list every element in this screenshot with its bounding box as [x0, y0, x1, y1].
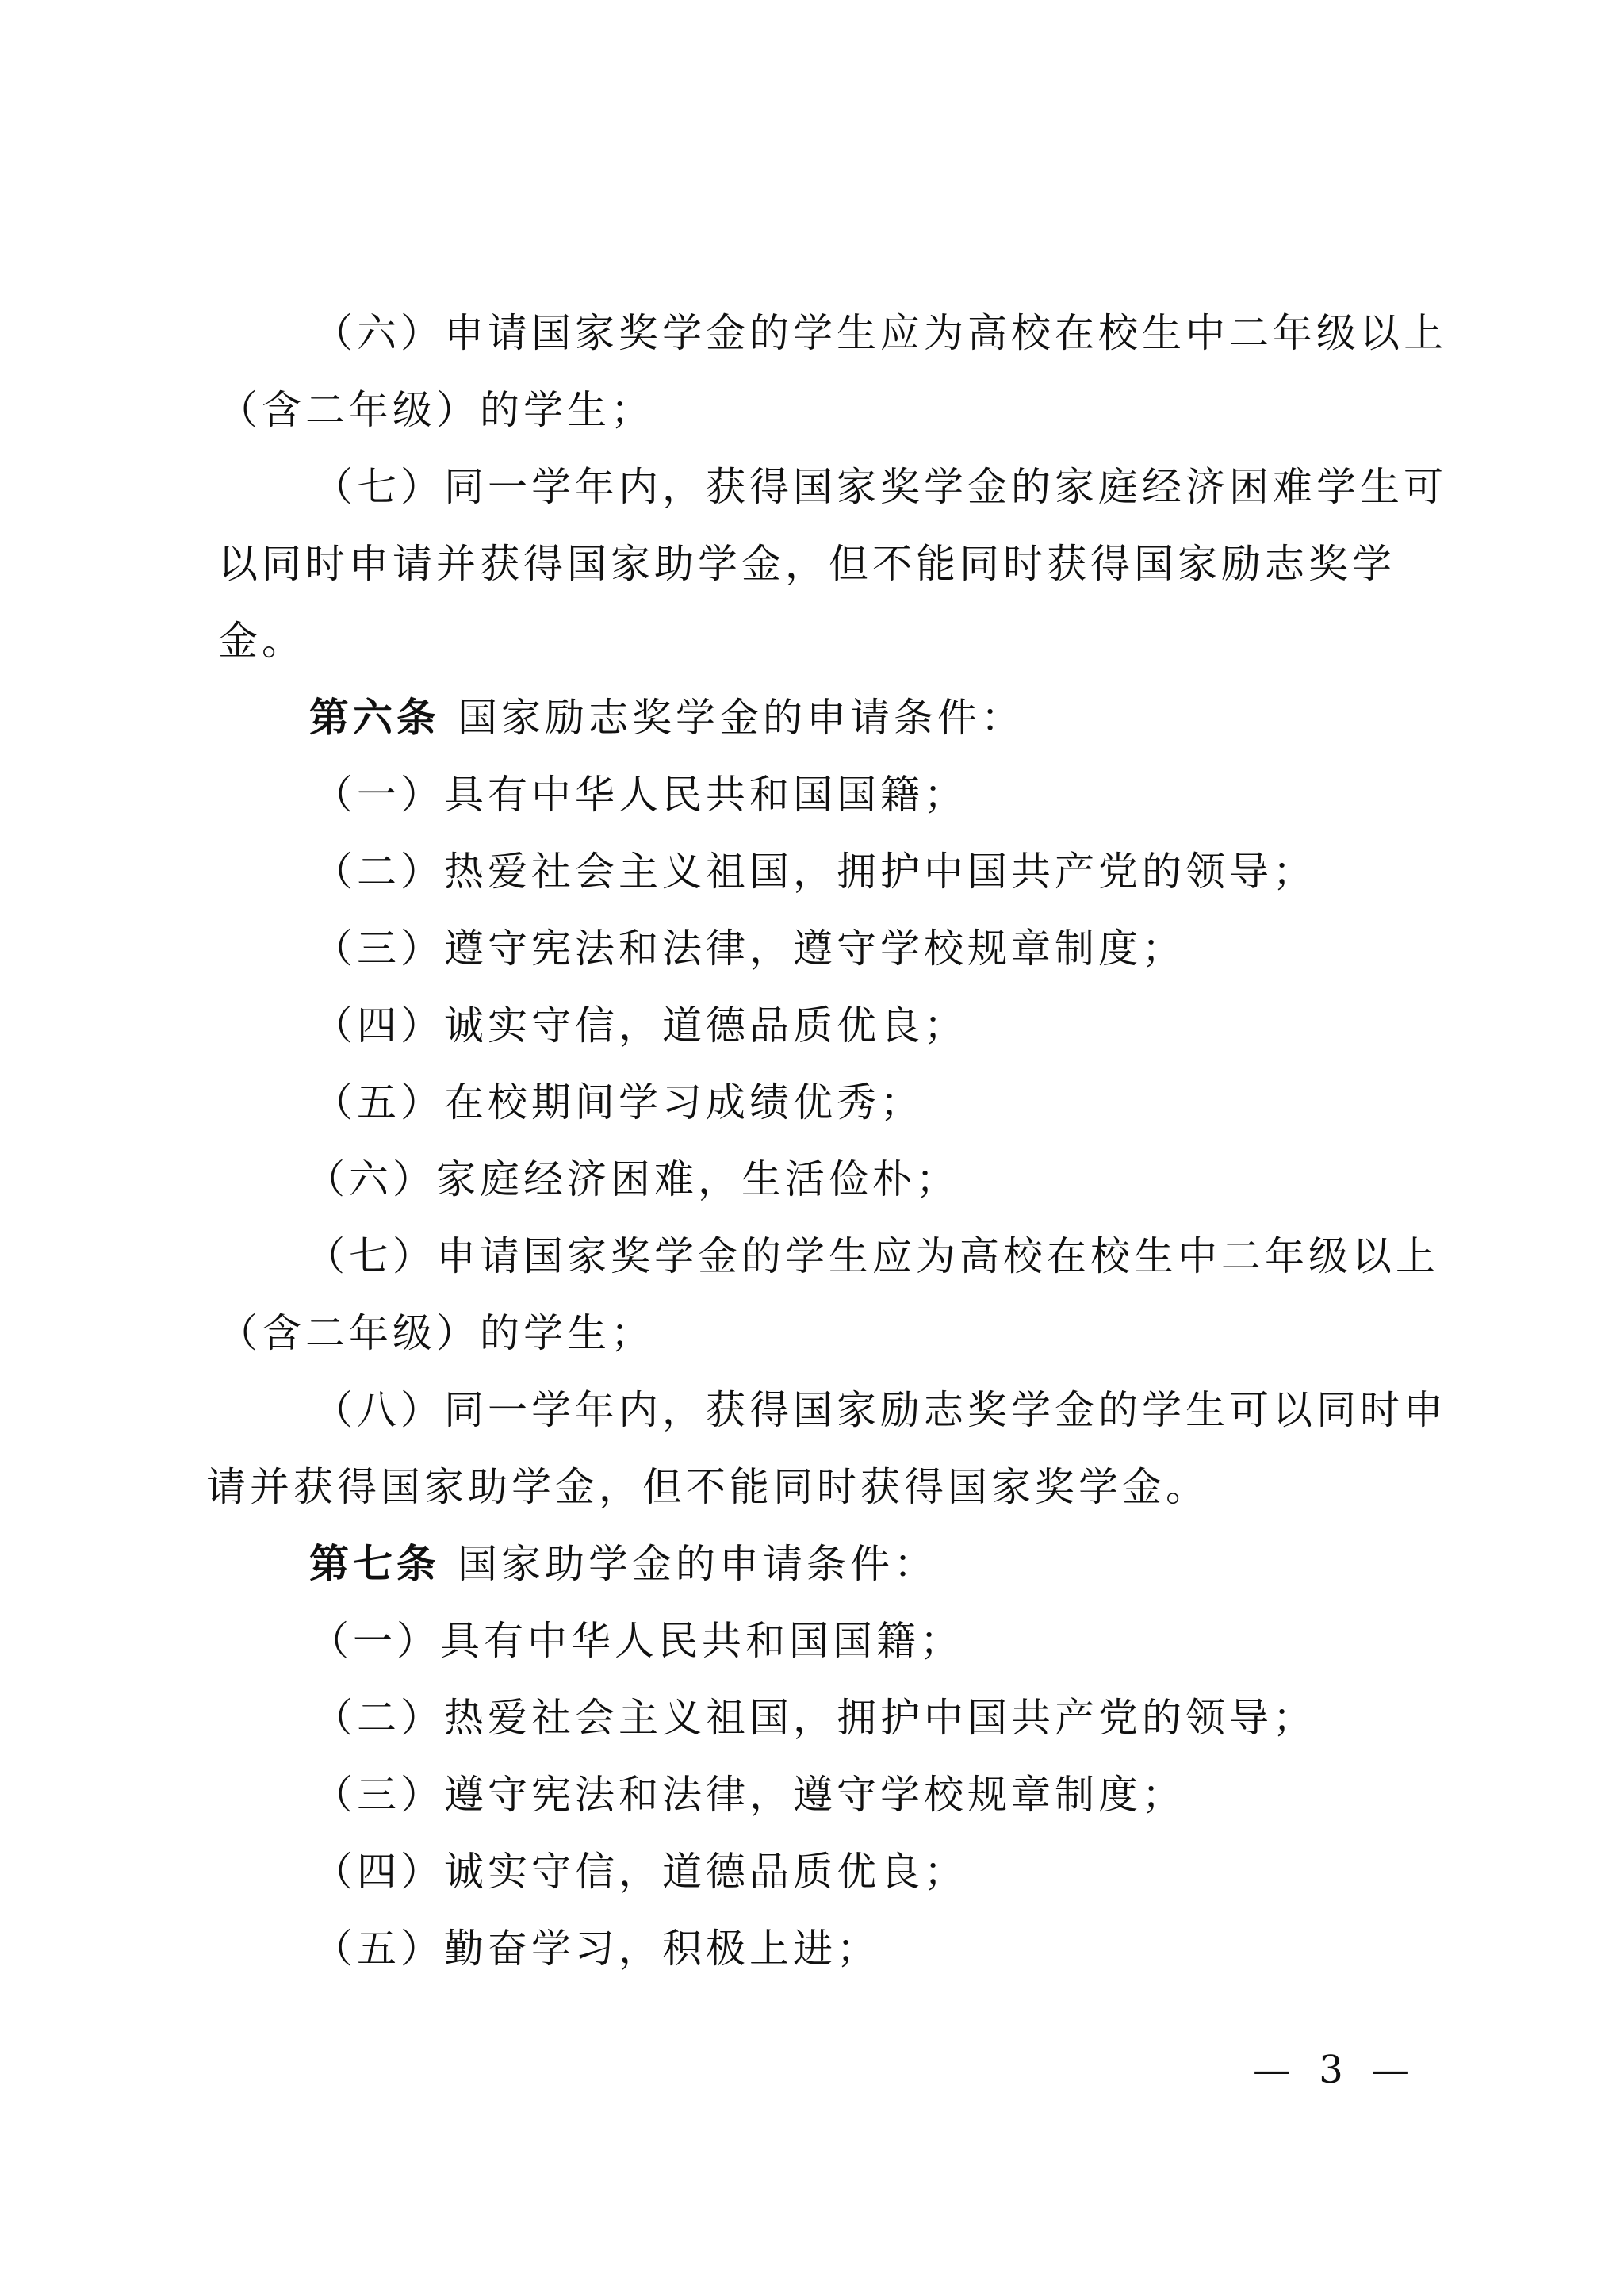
paragraph-line: （五）勤奋学习，积极上进； — [313, 1925, 880, 1972]
line-text: （含二年级）的学生； — [218, 1310, 654, 1356]
line-text: （五）勤奋学习，积极上进； — [313, 1926, 880, 1972]
line-text: （一）具有中华人民共和国国籍； — [309, 1618, 963, 1664]
paragraph-line: （三）遵守宪法和法律，遵守学校规章制度； — [313, 1771, 1185, 1819]
paragraph-line: 金。 — [218, 617, 305, 665]
paragraph-line: （二）热爱社会主义祖国，拥护中国共产党的领导； — [313, 1694, 1316, 1742]
article-number: 第七条 — [309, 1540, 440, 1587]
line-text: （七）申请国家奖学金的学生应为高校在校生中二年级以上 — [305, 1233, 1439, 1279]
paragraph-line: （五）在校期间学习成绩优秀； — [313, 1079, 924, 1126]
paragraph-line: （含二年级）的学生； — [218, 1309, 654, 1357]
line-text: 以同时申请并获得国家助学金，但不能同时获得国家励志奖学 — [218, 541, 1396, 587]
line-text: （四）诚实守信，道德品质优良； — [313, 1002, 967, 1048]
paragraph-line: （一）具有中华人民共和国国籍； — [313, 771, 967, 818]
line-text: （含二年级）的学生； — [218, 387, 654, 433]
line-text: 国家助学金的申请条件： — [458, 1541, 937, 1587]
line-text: （二）热爱社会主义祖国，拥护中国共产党的领导； — [313, 1695, 1316, 1741]
paragraph-line: （一）具有中华人民共和国国籍； — [309, 1617, 963, 1665]
paragraph-line: 请并获得国家助学金，但不能同时获得国家奖学金。 — [206, 1463, 1209, 1511]
line-text: （四）诚实守信，道德品质优良； — [313, 1849, 967, 1895]
paragraph-line: （四）诚实守信，道德品质优良； — [313, 1002, 967, 1049]
line-text: （六）申请国家奖学金的学生应为高校在校生中二年级以上 — [313, 310, 1447, 356]
line-text: 国家励志奖学金的申请条件： — [458, 695, 1025, 741]
page-number: — 3 — — [1253, 2046, 1417, 2094]
article-heading-line: 第六条国家励志奖学金的申请条件： — [309, 694, 1025, 742]
line-text: （八）同一学年内，获得国家励志奖学金的学生可以同时申 — [313, 1387, 1447, 1433]
line-text: （一）具有中华人民共和国国籍； — [313, 772, 967, 818]
line-text: （六）家庭经济困难，生活俭朴； — [305, 1156, 959, 1202]
line-text: 金。 — [218, 618, 305, 664]
line-text: （二）热爱社会主义祖国，拥护中国共产党的领导； — [313, 849, 1316, 895]
paragraph-line: （七）同一学年内，获得国家奖学金的家庭经济困难学生可 — [313, 463, 1447, 511]
paragraph-line: （三）遵守宪法和法律，遵守学校规章制度； — [313, 925, 1185, 972]
line-text: （五）在校期间学习成绩优秀； — [313, 1079, 924, 1125]
paragraph-line: （六）申请国家奖学金的学生应为高校在校生中二年级以上 — [313, 309, 1447, 357]
paragraph-line: （七）申请国家奖学金的学生应为高校在校生中二年级以上 — [305, 1232, 1439, 1280]
line-text: （三）遵守宪法和法律，遵守学校规章制度； — [313, 926, 1185, 972]
paragraph-line: （四）诚实守信，道德品质优良； — [313, 1848, 967, 1895]
paragraph-line: （八）同一学年内，获得国家励志奖学金的学生可以同时申 — [313, 1386, 1447, 1434]
line-text: 请并获得国家助学金，但不能同时获得国家奖学金。 — [206, 1464, 1209, 1510]
paragraph-line: （含二年级）的学生； — [218, 386, 654, 434]
paragraph-line: （二）热爱社会主义祖国，拥护中国共产党的领导； — [313, 848, 1316, 895]
article-number: 第六条 — [309, 694, 440, 741]
line-text: （三）遵守宪法和法律，遵守学校规章制度； — [313, 1772, 1185, 1818]
paragraph-line: 以同时申请并获得国家助学金，但不能同时获得国家励志奖学 — [218, 540, 1396, 588]
paragraph-line: （六）家庭经济困难，生活俭朴； — [305, 1156, 959, 1203]
line-text: （七）同一学年内，获得国家奖学金的家庭经济困难学生可 — [313, 464, 1447, 510]
article-heading-line: 第七条国家助学金的申请条件： — [309, 1540, 937, 1588]
